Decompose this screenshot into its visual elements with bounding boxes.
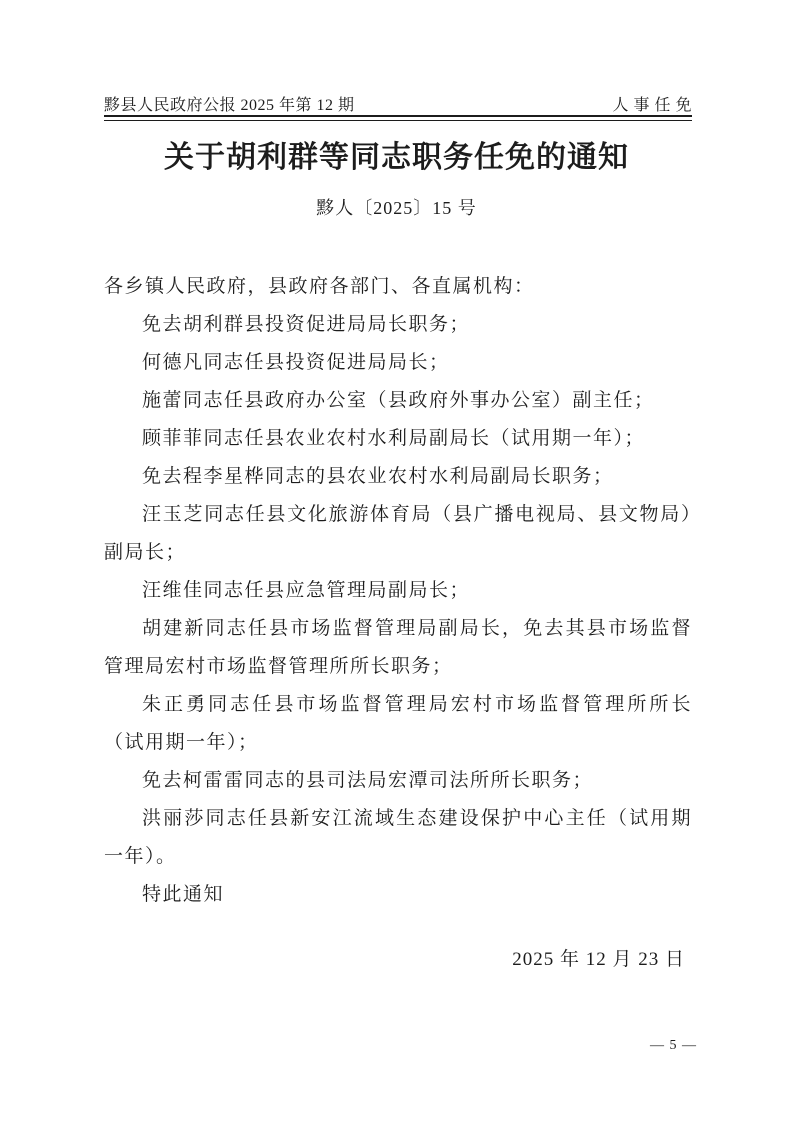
appointment-item: 免去程李星桦同志的县农业农村水利局副局长职务；: [104, 458, 692, 496]
appointment-item: 施蕾同志任县政府办公室（县政府外事办公室）副主任；: [104, 382, 692, 420]
header-publication-title: 黟县人民政府公报 2025 年第 12 期: [104, 96, 355, 115]
header-section-title: 人 事 任 免: [612, 96, 692, 115]
appointment-item: 免去胡利群县投资促进局局长职务；: [104, 306, 692, 344]
document-date: 2025 年 12 月 23 日: [512, 948, 685, 972]
appointment-item: 胡建新同志任县市场监督管理局副局长，免去其县市场监督管理局宏村市场监督管理所所长…: [104, 610, 692, 686]
appointment-item: 洪丽莎同志任县新安江流域生态建设保护中心主任（试用期一年）。: [104, 800, 692, 876]
appointment-item: 朱正勇同志任县市场监督管理局宏村市场监督管理所所长（试用期一年）；: [104, 686, 692, 762]
page-header: 黟县人民政府公报 2025 年第 12 期 人 事 任 免: [104, 96, 692, 115]
closing-line: 特此通知: [104, 876, 692, 914]
appointment-item: 汪维佳同志任县应急管理局副局长；: [104, 572, 692, 610]
document-title: 关于胡利群等同志职务任免的通知: [0, 140, 793, 176]
appointment-item: 汪玉芝同志任县文化旅游体育局（县广播电视局、县文物局）副局长；: [104, 496, 692, 572]
header-divider: [104, 115, 692, 121]
page-number: — 5 —: [650, 1038, 697, 1054]
appointment-item: 何德凡同志任县投资促进局局长；: [104, 344, 692, 382]
document-number: 黟人〔2025〕15 号: [0, 197, 793, 219]
gazette-page: 黟县人民政府公报 2025 年第 12 期 人 事 任 免 关于胡利群等同志职务…: [0, 0, 793, 1122]
appointment-item: 免去柯雷雷同志的县司法局宏潭司法所所长职务；: [104, 762, 692, 800]
salutation-line: 各乡镇人民政府，县政府各部门、各直属机构：: [104, 268, 692, 306]
appointment-item: 顾菲菲同志任县农业农村水利局副局长（试用期一年）；: [104, 420, 692, 458]
document-body: 各乡镇人民政府，县政府各部门、各直属机构： 免去胡利群县投资促进局局长职务； 何…: [104, 268, 692, 914]
